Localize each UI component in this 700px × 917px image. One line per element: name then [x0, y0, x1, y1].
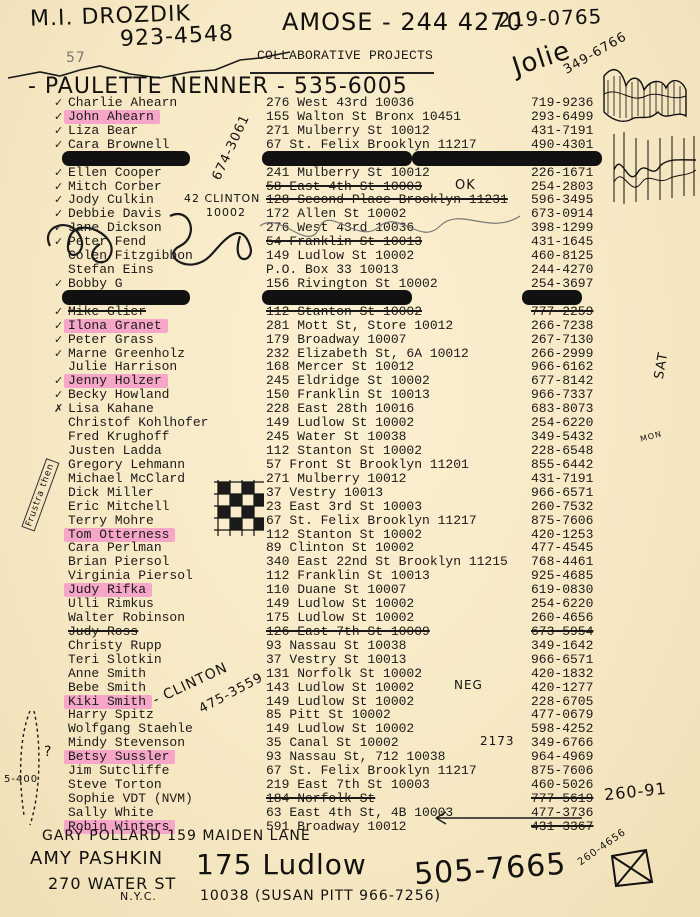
contact-phone: 966-6571: [531, 486, 593, 500]
contact-address: 37 Vestry 10013: [266, 486, 383, 500]
contact-address: 57 Front St Brooklyn 11201: [266, 458, 469, 472]
contact-row: ✓Charlie Ahearn276 West 43rd 10036719-92…: [0, 96, 700, 110]
contact-phone: 349-5432: [531, 430, 593, 444]
contact-name: Kiki Smith: [64, 695, 152, 709]
contact-phone: 228-6548: [531, 444, 593, 458]
scanned-page: M.I. DROZDIK 923-4548 AMOSE - 244 4270 2…: [0, 0, 700, 917]
contact-name: Gregory Lehmann: [68, 458, 185, 472]
contact-name: Becky Howland: [68, 388, 169, 402]
contact-row: Christof Kohlhofer149 Ludlow St 10002254…: [0, 416, 700, 430]
contact-name: Christof Kohlhofer: [68, 416, 208, 430]
contact-phone: 228-6705: [531, 695, 593, 709]
contact-name: Wolfgang Staehle: [68, 722, 193, 736]
contact-phone: 966-6162: [531, 360, 593, 374]
contact-row: Christy Rupp93 Nassau St 10038349-1642: [0, 639, 700, 653]
contact-row: ✗Lisa Kahane228 East 28th 10016683-8073: [0, 402, 700, 416]
contact-name: Sally White: [68, 806, 154, 820]
contact-phone: 431-7191: [531, 124, 593, 138]
contact-name: Cara Perlman: [68, 541, 162, 555]
contact-name: Terry Mohre: [68, 514, 154, 528]
note-amy-city: N.Y.C.: [120, 890, 157, 903]
contact-name: Walter Robinson: [68, 611, 185, 625]
contact-address: 58 East 4th St 10003: [266, 180, 422, 194]
contact-phone: 254-2803: [531, 180, 593, 194]
contact-address: 112 Stanton St 10002: [266, 528, 422, 542]
contact-address: 281 Mott St, Store 10012: [266, 319, 453, 333]
contact-phone: 683-8073: [531, 402, 593, 416]
contact-address: 67 St. Felix Brooklyn 11217: [266, 764, 477, 778]
contact-name: Jim Sutcliffe: [68, 764, 169, 778]
contact-phone: 266-2999: [531, 347, 593, 361]
contact-row: Julie Harrison168 Mercer St 10012966-616…: [0, 360, 700, 374]
contact-phone: 777-5619: [531, 792, 593, 806]
contact-name: Eric Mitchell: [68, 500, 169, 514]
contact-phone: 260-7532: [531, 500, 593, 514]
contact-name: Julie Harrison: [68, 360, 177, 374]
contact-row: Judy Ross126 East 7th St 10009673-5954: [0, 625, 700, 639]
contact-row: ✓Liza Bear271 Mulberry St 10012431-7191: [0, 124, 700, 138]
contact-phone: 349-1642: [531, 639, 593, 653]
contact-address: 112 Stanton St 10002: [266, 305, 422, 319]
redaction-bar: [412, 151, 602, 166]
contact-row: Ulli Rimkus149 Ludlow St 10002254-6220: [0, 597, 700, 611]
contact-address: 112 Stanton St 10002: [266, 444, 422, 458]
contact-address: 85 Pitt St 10002: [266, 708, 391, 722]
contact-address: 63 East 4th St, 4B 10003: [266, 806, 453, 820]
contact-row: Tom Otterness112 Stanton St 10002420-125…: [0, 528, 700, 542]
contact-row: ✓Ilona Granet281 Mott St, Store 10012266…: [0, 319, 700, 333]
contact-phone: 966-6571: [531, 653, 593, 667]
contact-address: 168 Mercer St 10012: [266, 360, 414, 374]
document-title: COLLABORATIVE PROJECTS: [250, 48, 440, 63]
contact-phone: 460-8125: [531, 249, 593, 263]
contact-address: 232 Elizabeth St, 6A 10012: [266, 347, 469, 361]
contact-phone: 966-7337: [531, 388, 593, 402]
scribble-overlay-icon: [20, 196, 540, 286]
contact-row: Cara Perlman89 Clinton St 10002477-4545: [0, 541, 700, 555]
contact-address: 149 Ludlow St 10002: [266, 722, 414, 736]
contact-address: 149 Ludlow St 10002: [266, 416, 414, 430]
contact-row: Justen Ladda112 Stanton St 10002228-6548: [0, 444, 700, 458]
contact-phone: 254-3697: [531, 277, 593, 291]
contact-row: Eric Mitchell23 East 3rd St 10003260-753…: [0, 500, 700, 514]
contact-name: Bebe Smith: [68, 681, 146, 695]
contact-name: Ellen Cooper: [68, 166, 162, 180]
contact-row: ✓Cara Brownell67 St. Felix Brooklyn 1121…: [0, 138, 700, 152]
contact-name: Peter Grass: [68, 333, 154, 347]
contact-address: 67 St. Felix Brooklyn 11217: [266, 514, 477, 528]
contact-name: Michael McClard: [68, 472, 185, 486]
contact-name: Mindy Stevenson: [68, 736, 185, 750]
contact-name: Lisa Kahane: [68, 402, 154, 416]
contact-row: ✓Jenny Holzer245 Eldridge St 10002677-81…: [0, 374, 700, 388]
contact-name: Liza Bear: [68, 124, 138, 138]
note-neg: NEG: [454, 678, 483, 692]
contact-address: 271 Mulberry St 10012: [266, 124, 430, 138]
contact-phone: 477-4545: [531, 541, 593, 555]
check-mark-icon: ✗: [54, 402, 66, 416]
contact-address: 112 Franklin St 10013: [266, 569, 430, 583]
contact-address: 241 Mulberry St 10012: [266, 166, 430, 180]
contact-phone: 777-2259: [531, 305, 593, 319]
contact-address: 340 East 22nd St Brooklyn 11215: [266, 555, 508, 569]
check-mark-icon: ✓: [54, 333, 66, 347]
contact-name: Charlie Ahearn: [68, 96, 177, 110]
contact-row: ✓Becky Howland150 Franklin St 10013966-7…: [0, 388, 700, 402]
contact-name: Betsy Sussler: [64, 750, 175, 764]
contact-phone: 925-4685: [531, 569, 593, 583]
contact-phone: 431-7191: [531, 472, 593, 486]
contact-phone: 431-1645: [531, 235, 593, 249]
contact-name: Harry Spitz: [68, 708, 154, 722]
contact-name: Anne Smith: [68, 667, 146, 681]
contact-phone: 349-6766: [531, 736, 593, 750]
wave-mesh-doodle-icon: [600, 66, 690, 126]
contact-phone: 677-8142: [531, 374, 593, 388]
contact-row: Bebe Smith143 Ludlow St 10002420-1277: [0, 681, 700, 695]
redaction-bar: [522, 290, 582, 305]
contact-row: ✓John Ahearn155 Walton St Bronx 10451293…: [0, 110, 700, 124]
redaction-bar: [262, 290, 412, 305]
contact-name: Justen Ladda: [68, 444, 162, 458]
contact-row: Brian Piersol340 East 22nd St Brooklyn 1…: [0, 555, 700, 569]
note-top-right-phone: 219-0765: [498, 4, 603, 32]
arrow-doodle-icon: [432, 808, 592, 828]
redaction-bar: [262, 151, 412, 166]
contact-address: 126 East 7th St 10009: [266, 625, 430, 639]
contact-address: 93 Nassau St 10038: [266, 639, 406, 653]
contact-name: Marne Greenholz: [68, 347, 185, 361]
contact-phone: 420-1832: [531, 667, 593, 681]
note-2173: 2173: [480, 734, 515, 748]
redaction-bar: [62, 151, 190, 166]
contact-row: Steve Torton219 East 7th St 10003460-502…: [0, 778, 700, 792]
wave-lines-doodle-icon: [610, 130, 700, 205]
contact-address: 89 Clinton St 10002: [266, 541, 414, 555]
contact-phone: 254-6220: [531, 597, 593, 611]
contact-address: 143 Ludlow St 10002: [266, 681, 414, 695]
contact-phone: 768-4461: [531, 555, 593, 569]
check-mark-icon: ✓: [54, 166, 66, 180]
contact-phone: 619-0830: [531, 583, 593, 597]
check-mark-icon: ✓: [54, 96, 66, 110]
contact-name: John Ahearn: [64, 110, 160, 124]
contact-row: Teri Slotkin37 Vestry St 10013966-6571: [0, 653, 700, 667]
contact-phone: 598-4252: [531, 722, 593, 736]
contact-phone: 875-7606: [531, 514, 593, 528]
contact-address: 131 Norfolk St 10002: [266, 667, 422, 681]
contact-row: ✓Mitch Corber58 East 4th St 10003254-280…: [0, 180, 700, 194]
contact-row: ✓Ellen Cooper241 Mulberry St 10012226-16…: [0, 166, 700, 180]
contact-name: Steve Torton: [68, 778, 162, 792]
check-mark-icon: ✓: [54, 347, 66, 361]
contact-address: 245 Eldridge St 10002: [266, 374, 430, 388]
contact-row: Harry Spitz85 Pitt St 10002477-0679: [0, 708, 700, 722]
contact-row: Mindy Stevenson35 Canal St 10002349-6766: [0, 736, 700, 750]
contact-phone: 477-0679: [531, 708, 593, 722]
contact-address: 179 Broadway 10007: [266, 333, 406, 347]
contact-row: Kiki Smith149 Ludlow St 10002228-6705: [0, 695, 700, 709]
contact-name: Ilona Granet: [64, 319, 168, 333]
contact-row: Jim Sutcliffe67 St. Felix Brooklyn 11217…: [0, 764, 700, 778]
contact-address: 37 Vestry St 10013: [266, 653, 406, 667]
contact-phone: 673-0914: [531, 207, 593, 221]
contact-phone: 490-4301: [531, 138, 593, 152]
contact-phone: 398-1299: [531, 221, 593, 235]
contact-name: Cara Brownell: [68, 138, 169, 152]
contact-name: Judy Rifka: [64, 583, 152, 597]
checkerboard-doodle-icon: [210, 478, 266, 538]
note-bottom-phone: 505-7665: [413, 847, 568, 893]
note-amy-address: 270 WATER ST: [48, 874, 176, 893]
contact-row: Michael McClard271 Mulberry 10012431-719…: [0, 472, 700, 486]
contact-name: Fred Krughoff: [68, 430, 169, 444]
contact-row: Fred Krughoff245 Water St 10038349-5432: [0, 430, 700, 444]
contact-row: ✓Peter Grass179 Broadway 10007267-7130: [0, 333, 700, 347]
contact-phone: 266-7238: [531, 319, 593, 333]
contact-name: Christy Rupp: [68, 639, 162, 653]
ellipse-doodle-icon: [10, 705, 50, 835]
contact-row: ✓Mike Glier112 Stanton St 10002777-2259: [0, 305, 700, 319]
contact-name: Mike Glier: [68, 305, 146, 319]
contact-phone: 420-1253: [531, 528, 593, 542]
boxed-x-doodle-icon: [606, 846, 656, 890]
redacted-row: [0, 291, 700, 305]
contact-row: Sally White63 East 4th St, 4B 10003477-3…: [0, 806, 700, 820]
check-mark-icon: ✓: [54, 180, 66, 194]
note-susan-pitt: 10038 (SUSAN PITT 966-7256): [200, 888, 441, 904]
contact-address: 110 Duane St 10007: [266, 583, 406, 597]
contact-address: 93 Nassau St, 712 10038: [266, 750, 445, 764]
contact-address: 149 Ludlow St 10002: [266, 695, 414, 709]
contact-address: 219 East 7th St 10003: [266, 778, 430, 792]
contact-name: Dick Miller: [68, 486, 154, 500]
contact-address: 271 Mulberry 10012: [266, 472, 406, 486]
note-amose: AMOSE - 244 4270: [282, 8, 523, 36]
redaction-bar: [62, 290, 190, 305]
contact-phone: 460-5026: [531, 778, 593, 792]
contact-name: Mitch Corber: [68, 180, 162, 194]
contact-phone: 293-6499: [531, 110, 593, 124]
contact-address: 67 St. Felix Brooklyn 11217: [266, 138, 477, 152]
check-mark-icon: ✓: [54, 305, 66, 319]
contact-address: 228 East 28th 10016: [266, 402, 414, 416]
contact-address: 245 Water St 10038: [266, 430, 406, 444]
contact-phone: 254-6220: [531, 416, 593, 430]
contact-address: 149 Ludlow St 10002: [266, 597, 414, 611]
contact-phone: 260-4656: [531, 611, 593, 625]
contact-phone: 596-3495: [531, 193, 593, 207]
redacted-row: [0, 152, 700, 166]
contact-row: ✓Marne Greenholz232 Elizabeth St, 6A 100…: [0, 347, 700, 361]
contact-row: Sophie VDT (NVM)184 Norfolk St777-5619: [0, 792, 700, 806]
contact-name: Brian Piersol: [68, 555, 169, 569]
contact-name: Teri Slotkin: [68, 653, 162, 667]
contact-phone: 420-1277: [531, 681, 593, 695]
contact-address: 184 Norfolk St: [266, 792, 375, 806]
check-mark-icon: ✓: [54, 124, 66, 138]
contact-address: 155 Walton St Bronx 10451: [266, 110, 461, 124]
contact-row: Anne Smith131 Norfolk St 10002420-1832: [0, 667, 700, 681]
contact-phone: 855-6442: [531, 458, 593, 472]
contact-phone: 875-7606: [531, 764, 593, 778]
contact-phone: 673-5954: [531, 625, 593, 639]
contact-name: Virginia Piersol: [68, 569, 193, 583]
contact-row: Walter Robinson175 Ludlow St 10002260-46…: [0, 611, 700, 625]
contact-row: Gregory Lehmann57 Front St Brooklyn 1120…: [0, 458, 700, 472]
contact-name: Ulli Rimkus: [68, 597, 154, 611]
contact-name: Jenny Holzer: [64, 374, 168, 388]
contact-name: Sophie VDT (NVM): [68, 792, 193, 806]
check-mark-icon: ✓: [54, 138, 66, 152]
check-mark-icon: ✓: [54, 388, 66, 402]
contact-phone: 719-9236: [531, 96, 593, 110]
contact-phone: 267-7130: [531, 333, 593, 347]
contact-name: Tom Otterness: [64, 528, 175, 542]
note-175-ludlow: 175 Ludlow: [196, 848, 367, 881]
contact-row: Wolfgang Staehle149 Ludlow St 10002598-4…: [0, 722, 700, 736]
contact-name: Judy Ross: [68, 625, 138, 639]
contact-row: Judy Rifka110 Duane St 10007619-0830: [0, 583, 700, 597]
contact-row: Virginia Piersol112 Franklin St 10013925…: [0, 569, 700, 583]
contact-row: Betsy Sussler93 Nassau St, 712 10038964-…: [0, 750, 700, 764]
contact-address: 35 Canal St 10002: [266, 736, 399, 750]
contact-row: Dick Miller37 Vestry 10013966-6571: [0, 486, 700, 500]
contact-address: 276 West 43rd 10036: [266, 96, 414, 110]
contact-address: 23 East 3rd St 10003: [266, 500, 422, 514]
contact-phone: 964-4969: [531, 750, 593, 764]
contact-address: 175 Ludlow St 10002: [266, 611, 414, 625]
note-gary-pollard: GARY POLLARD 159 MAIDEN LANE: [42, 828, 311, 844]
contact-phone: 226-1671: [531, 166, 593, 180]
contact-address: 150 Franklin St 10013: [266, 388, 430, 402]
note-amy-pashkin: AMY PASHKIN: [30, 848, 163, 869]
contact-row: Terry Mohre67 St. Felix Brooklyn 1121787…: [0, 514, 700, 528]
note-ok: OK: [455, 178, 476, 193]
note-jolie: Jolie: [509, 36, 574, 83]
contact-phone: 244-4270: [531, 263, 593, 277]
